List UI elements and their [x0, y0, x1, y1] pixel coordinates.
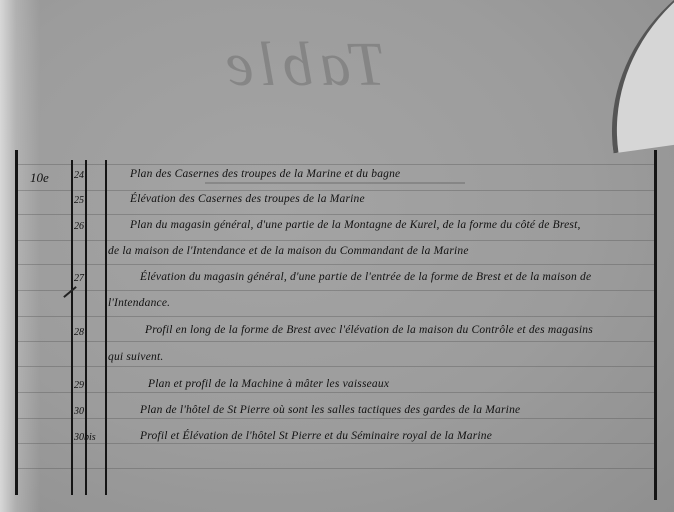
- entry-text: de la maison de l'Intendance et de la ma…: [108, 245, 469, 257]
- margin-rule-text: [105, 160, 107, 495]
- entry-text: qui suivent.: [108, 351, 163, 363]
- document-page: Table 10e 24 25 26 27 28 29 30 30bis Pla…: [0, 0, 674, 512]
- bleed-through-title: Table: [220, 30, 386, 101]
- entry-text: Plan et profil de la Machine à mâter les…: [148, 378, 389, 390]
- ruled-line: [16, 341, 656, 342]
- ruled-line: [16, 468, 656, 469]
- ruled-line: [16, 418, 656, 419]
- entry-text: Plan de l'hôtel de St Pierre où sont les…: [140, 404, 520, 416]
- entry-text: Profil en long de la forme de Brest avec…: [145, 324, 593, 336]
- volume-label: 10e: [30, 170, 49, 186]
- bleed-through-rule: [205, 182, 465, 184]
- ruled-line: [16, 443, 656, 444]
- margin-rule-number-left: [71, 160, 73, 495]
- entry-text: Profil et Élévation de l'hôtel St Pierre…: [140, 430, 492, 442]
- entry-number: 25: [74, 195, 84, 206]
- entry-text: Plan des Casernes des troupes de la Mari…: [130, 168, 400, 180]
- entry-text: Élévation des Casernes des troupes de la…: [130, 193, 365, 205]
- ruled-line: [16, 190, 656, 191]
- entry-number: 24: [74, 170, 84, 181]
- entry-number: 27: [74, 273, 84, 284]
- ruled-line: [16, 366, 656, 367]
- margin-rule-right: [654, 150, 657, 500]
- ruled-line: [16, 316, 656, 317]
- ruled-line: [16, 392, 656, 393]
- entry-text: Élévation du magasin général, d'une part…: [140, 271, 591, 283]
- entry-number: 30bis: [74, 432, 96, 443]
- entry-number: 29: [74, 380, 84, 391]
- entry-number: 28: [74, 327, 84, 338]
- entry-text: Plan du magasin général, d'une partie de…: [130, 219, 581, 231]
- ruled-line: [16, 264, 656, 265]
- ruled-line: [16, 290, 656, 291]
- margin-rule-left: [15, 150, 18, 495]
- entry-text: l'Intendance.: [108, 297, 170, 309]
- margin-pen-mark: [63, 286, 77, 298]
- ruled-line: [16, 164, 656, 165]
- page-corner-fold: [588, 0, 674, 153]
- entry-number: 30: [74, 406, 84, 417]
- ruled-line: [16, 214, 656, 215]
- ruled-line: [16, 240, 656, 241]
- entry-number: 26: [74, 221, 84, 232]
- page-edge-shadow: [0, 0, 40, 512]
- margin-rule-number-right: [85, 160, 87, 495]
